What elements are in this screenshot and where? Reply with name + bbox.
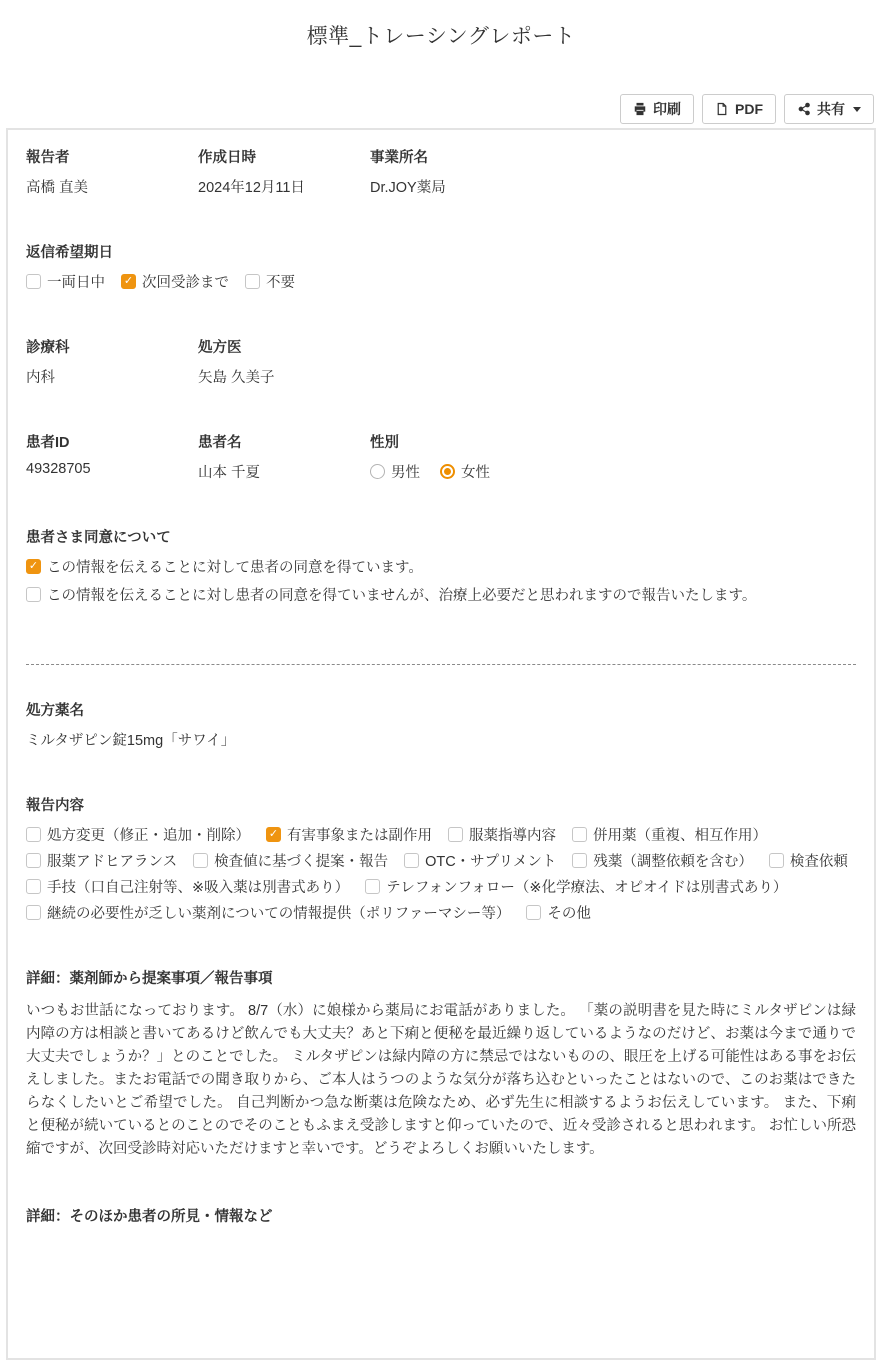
gender-options: 男性 女性 [370,461,490,482]
checkbox-checked-icon: ✓ [26,559,41,574]
office-value: Dr.JOY薬局 [370,176,446,197]
reply-due-options: 一両日中 ✓ 次回受診まで 不要 [26,271,856,292]
radio-icon [370,464,385,479]
detail-proposal-section: 詳細：薬剤師から提案事項／報告事項 いつもお世話になっております。 8/7（水）… [26,967,856,1161]
checkbox-icon [26,905,41,920]
report-content-row-4: 継続の必要性が乏しい薬剤についての情報提供（ポリファーマシー等） その他 [26,902,856,923]
checkbox-consent-not-obtained[interactable]: この情報を伝えることに対し患者の同意を得ていませんが、治療上必要だと思われますの… [26,584,756,605]
department-value: 内科 [26,366,198,387]
patient-id-field: 患者ID 49328705 [26,431,198,482]
radio-gender-female[interactable]: 女性 [440,461,490,482]
checkbox-icon [26,587,41,602]
checkbox-icon [572,827,587,842]
checkbox-icon [245,274,260,289]
checkbox-prescription-change[interactable]: 処方変更（修正・追加・削除） [26,824,250,845]
reply-due-section: 返信希望期日 一両日中 ✓ 次回受診まで 不要 [26,241,856,292]
report-content-options: 処方変更（修正・追加・削除） ✓ 有害事象または副作用 服薬指導内容 併用薬（重… [26,824,856,923]
reply-due-label: 返信希望期日 [26,241,856,262]
checkbox-label: 手技（口自己注射等、※吸入薬は別書式あり） [47,876,349,897]
checkbox-icon [26,853,41,868]
checkbox-concomitant-drugs[interactable]: 併用薬（重複、相互作用） [572,824,767,845]
patient-row: 患者ID 49328705 患者名 山本 千夏 性別 男性 女性 [26,431,856,482]
share-button-label: 共有 [817,99,845,119]
checkbox-icon [769,853,784,868]
checkbox-label: 不要 [266,271,295,292]
radio-label: 男性 [391,461,420,482]
consent-options: ✓ この情報を伝えることに対して患者の同意を得ています。 この情報を伝えることに… [26,556,856,612]
toolbar: 印刷 PDF 共有 [620,94,874,124]
drug-value: ミルタザピン錠15mg「サワイ」 [26,729,856,750]
checkbox-icon [365,879,380,894]
checkbox-label: テレフォンフォロー（※化学療法、オピオイドは別書式あり） [386,876,787,897]
checkbox-icon [193,853,208,868]
print-button-label: 印刷 [653,99,681,119]
report-content-label: 報告内容 [26,794,856,815]
checkbox-reply-due-soon[interactable]: 一両日中 [26,271,105,292]
radio-selected-icon [440,464,455,479]
department-label: 診療科 [26,336,198,357]
report-card: 報告者 高橋 直美 作成日時 2024年12月11日 事業所名 Dr.JOY薬局… [6,128,876,1360]
prescriber-label: 処方医 [198,336,275,357]
patient-name-field: 患者名 山本 千夏 [198,431,370,482]
checkbox-telephone-follow[interactable]: テレフォンフォロー（※化学療法、オピオイドは別書式あり） [365,876,787,897]
checkbox-checked-icon: ✓ [266,827,281,842]
report-header-row: 報告者 高橋 直美 作成日時 2024年12月11日 事業所名 Dr.JOY薬局 [26,146,856,197]
checkbox-leftover-medicine[interactable]: 残薬（調整依頼を含む） [572,850,753,871]
pdf-file-icon [715,102,729,116]
patient-id-value: 49328705 [26,461,198,477]
checkbox-label: 処方変更（修正・追加・削除） [47,824,250,845]
checkbox-label: 服薬アドヒアランス [47,850,177,871]
consent-label: 患者さま同意について [26,526,856,547]
checkbox-polypharmacy[interactable]: 継続の必要性が乏しい薬剤についての情報提供（ポリファーマシー等） [26,902,510,923]
radio-label: 女性 [461,461,490,482]
reporter-value: 高橋 直美 [26,176,198,197]
checkbox-medication-guidance[interactable]: 服薬指導内容 [448,824,556,845]
gender-label: 性別 [370,431,490,452]
checkbox-label: OTC・サプリメント [425,850,556,871]
patient-id-label: 患者ID [26,431,198,452]
consent-section: 患者さま同意について ✓ この情報を伝えることに対して患者の同意を得ています。 … [26,526,856,612]
print-button[interactable]: 印刷 [620,94,694,124]
checkbox-adherence[interactable]: 服薬アドヒアランス [26,850,177,871]
report-content-section: 報告内容 処方変更（修正・追加・削除） ✓ 有害事象または副作用 服薬指導内容 … [26,794,856,923]
checkbox-label: 検査依頼 [790,850,848,871]
share-button[interactable]: 共有 [784,94,874,124]
share-icon [797,102,811,116]
checkbox-label: その他 [547,902,591,923]
checkbox-icon [26,879,41,894]
reporter-field: 報告者 高橋 直美 [26,146,198,197]
drug-label: 処方薬名 [26,699,856,720]
report-content-row-2: 服薬アドヒアランス 検査値に基づく提案・報告 OTC・サプリメント 残薬（調整依… [26,850,856,871]
pdf-button[interactable]: PDF [702,94,776,124]
checkbox-adverse-event[interactable]: ✓ 有害事象または副作用 [266,824,432,845]
checkbox-checked-icon: ✓ [121,274,136,289]
pdf-button-label: PDF [735,101,763,117]
checkbox-icon [448,827,463,842]
printer-icon [633,102,647,116]
checkbox-icon [26,274,41,289]
prescriber-field: 処方医 矢島 久美子 [198,336,275,387]
checkbox-label: 検査値に基づく提案・報告 [214,850,388,871]
checkbox-label: 残薬（調整依頼を含む） [593,850,753,871]
checkbox-test-request[interactable]: 検査依頼 [769,850,848,871]
department-row: 診療科 内科 処方医 矢島 久美子 [26,336,856,387]
checkbox-label: 継続の必要性が乏しい薬剤についての情報提供（ポリファーマシー等） [47,902,510,923]
drug-section: 処方薬名 ミルタザピン錠15mg「サワイ」 [26,699,856,750]
created-value: 2024年12月11日 [198,176,370,197]
checkbox-otc-supplement[interactable]: OTC・サプリメント [404,850,556,871]
detail-other-label: 詳細：そのほか患者の所見・情報など [26,1205,856,1226]
checkbox-icon [404,853,419,868]
checkbox-icon [572,853,587,868]
checkbox-label: 有害事象または副作用 [287,824,432,845]
checkbox-label: 服薬指導内容 [469,824,556,845]
detail-other-section: 詳細：そのほか患者の所見・情報など [26,1205,856,1226]
reporter-label: 報告者 [26,146,198,167]
detail-proposal-text: いつもお世話になっております。 8/7（水）に娘様から薬局にお電話がありました。… [26,1000,856,1161]
gender-field: 性別 男性 女性 [370,431,490,482]
checkbox-lab-value-proposal[interactable]: 検査値に基づく提案・報告 [193,850,388,871]
department-field: 診療科 内科 [26,336,198,387]
checkbox-label: この情報を伝えることに対して患者の同意を得ています。 [47,556,423,577]
checkbox-icon [26,827,41,842]
radio-gender-male[interactable]: 男性 [370,461,420,482]
office-field: 事業所名 Dr.JOY薬局 [370,146,446,197]
report-content-row-1: 処方変更（修正・追加・削除） ✓ 有害事象または副作用 服薬指導内容 併用薬（重… [26,824,856,845]
patient-name-label: 患者名 [198,431,370,452]
checkbox-label: 次回受診まで [142,271,229,292]
checkbox-label: 一両日中 [47,271,105,292]
checkbox-icon [526,905,541,920]
checkbox-consent-obtained[interactable]: ✓ この情報を伝えることに対して患者の同意を得ています。 [26,556,423,577]
checkbox-other[interactable]: その他 [526,902,591,923]
patient-name-value: 山本 千夏 [198,461,370,482]
report-content-row-3: 手技（口自己注射等、※吸入薬は別書式あり） テレフォンフォロー（※化学療法、オピ… [26,876,856,897]
checkbox-label: この情報を伝えることに対し患者の同意を得ていませんが、治療上必要だと思われますの… [47,584,756,605]
chevron-down-icon [853,107,861,112]
prescriber-value: 矢島 久美子 [198,366,275,387]
section-divider [26,664,856,665]
checkbox-reply-due-none[interactable]: 不要 [245,271,295,292]
detail-proposal-label: 詳細：薬剤師から提案事項／報告事項 [26,967,856,988]
created-label: 作成日時 [198,146,370,167]
office-label: 事業所名 [370,146,446,167]
checkbox-technique[interactable]: 手技（口自己注射等、※吸入薬は別書式あり） [26,876,349,897]
checkbox-label: 併用薬（重複、相互作用） [593,824,767,845]
checkbox-reply-due-next-visit[interactable]: ✓ 次回受診まで [121,271,229,292]
created-field: 作成日時 2024年12月11日 [198,146,370,197]
page-title: 標準_トレーシングレポート [0,0,882,50]
